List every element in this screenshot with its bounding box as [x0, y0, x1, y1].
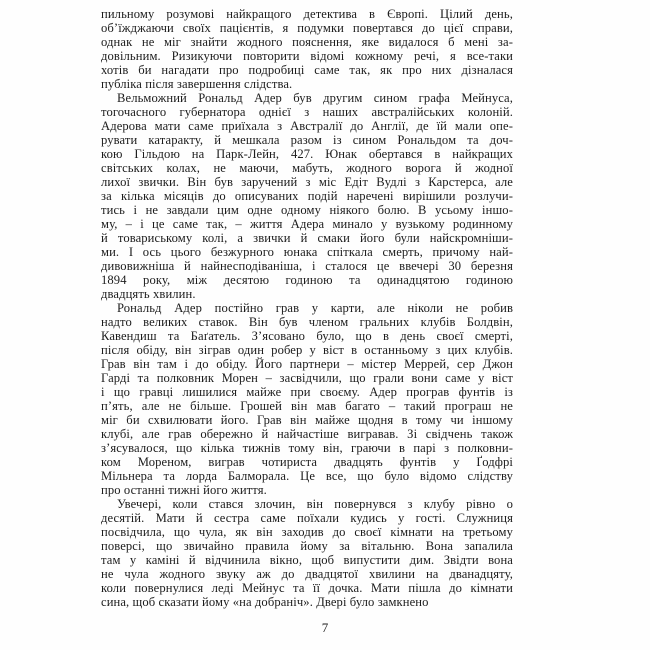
text-line: Рональд Адер постійно грав у карти, але … — [101, 301, 513, 315]
page-number: 7 — [0, 620, 650, 635]
text-line: однак не міг знайти жодного пояснення, я… — [101, 35, 513, 49]
text-line: за кілька місяців до описуваних подій на… — [101, 189, 513, 203]
text-line: п’ять, але не більше. Грошей він мав баг… — [101, 399, 513, 413]
text-line: Кавендиш та Баґатель. З’ясовано було, що… — [101, 329, 513, 343]
text-line: рувати катаракту, й мешкала разом із син… — [101, 133, 513, 147]
text-line: про останні тижні його життя. — [101, 483, 513, 497]
text-line: не чула жодного звуку аж до двадцятої хв… — [101, 567, 513, 581]
text-line: тись і не завдали цим одне одному ніяког… — [101, 203, 513, 217]
text-line: коли повернулися леді Мейнус та її дочка… — [101, 581, 513, 595]
text-line: Вельможний Рональд Адер був другим сином… — [101, 91, 513, 105]
text-line: лихої звички. Він був заручений з міс Ед… — [101, 175, 513, 189]
text-line: клубі, але грав обережно й найчастіше ви… — [101, 427, 513, 441]
text-line: там у каміні й відчинила вікно, щоб випу… — [101, 553, 513, 567]
text-line: сина, щоб сказати йому «на добраніч». Дв… — [101, 595, 513, 609]
text-line: Мільнера та лорда Балморала. Це все, що … — [101, 469, 513, 483]
text-line: поверсі, що звичайно правила йому за віт… — [101, 539, 513, 553]
text-line: світських колах, не маючи, мабуть, жодно… — [101, 161, 513, 175]
text-line: об’їжджаючи своїх пацієнтів, я подумки п… — [101, 21, 513, 35]
text-line: і що гравці лишилися майже при своєму. А… — [101, 385, 513, 399]
text-line: публіка після завершення слідства. — [101, 77, 513, 91]
text-block: пильному розумові найкращого детектива в… — [101, 7, 513, 609]
text-line: дивовижніша й найнесподіваніша, і сталос… — [101, 259, 513, 273]
text-line: посвідчила, що чула, як він заходив до с… — [101, 525, 513, 539]
text-line: му, – і це саме так, – життя Адера минал… — [101, 217, 513, 231]
text-line: 1894 року, між десятою годиною та одинад… — [101, 273, 513, 287]
text-line: з’ясувалося, що кілька тижнів тому він, … — [101, 441, 513, 455]
text-line: тогочасного губернатора однієї з наших а… — [101, 105, 513, 119]
text-line: довільним. Ризикуючи повторити відомі ко… — [101, 49, 513, 63]
text-line: ми. І ось цього безжурного юнака спіткал… — [101, 245, 513, 259]
text-line: міг би схвилювати його. Грав він майже щ… — [101, 413, 513, 427]
text-line: хотів би нагадати про подробиці саме так… — [101, 63, 513, 77]
text-line: Гарді та полковник Морен – засвідчили, щ… — [101, 371, 513, 385]
text-line: Грав він там і до обіду. Його партнери –… — [101, 357, 513, 371]
text-line: й товариському колі, а звички й смаки йо… — [101, 231, 513, 245]
text-line: пильному розумові найкращого детектива в… — [101, 7, 513, 21]
text-line: Увечері, коли стався злочин, він поверну… — [101, 497, 513, 511]
text-line: після обіду, він зіграв один робер у віс… — [101, 343, 513, 357]
text-line: кою Гільдою на Парк-Лейн, 427. Юнак обер… — [101, 147, 513, 161]
text-line: десятій. Мати й сестра саме поїхали куди… — [101, 511, 513, 525]
text-line: ком Мореном, виграв чотириста двадцять ф… — [101, 455, 513, 469]
text-line: надто великих ставок. Він був членом гра… — [101, 315, 513, 329]
book-page-scan: пильному розумові найкращого детектива в… — [0, 0, 650, 650]
text-line: Адерова мати саме приїхала з Австралії д… — [101, 119, 513, 133]
text-line: двадцять хвилин. — [101, 287, 513, 301]
